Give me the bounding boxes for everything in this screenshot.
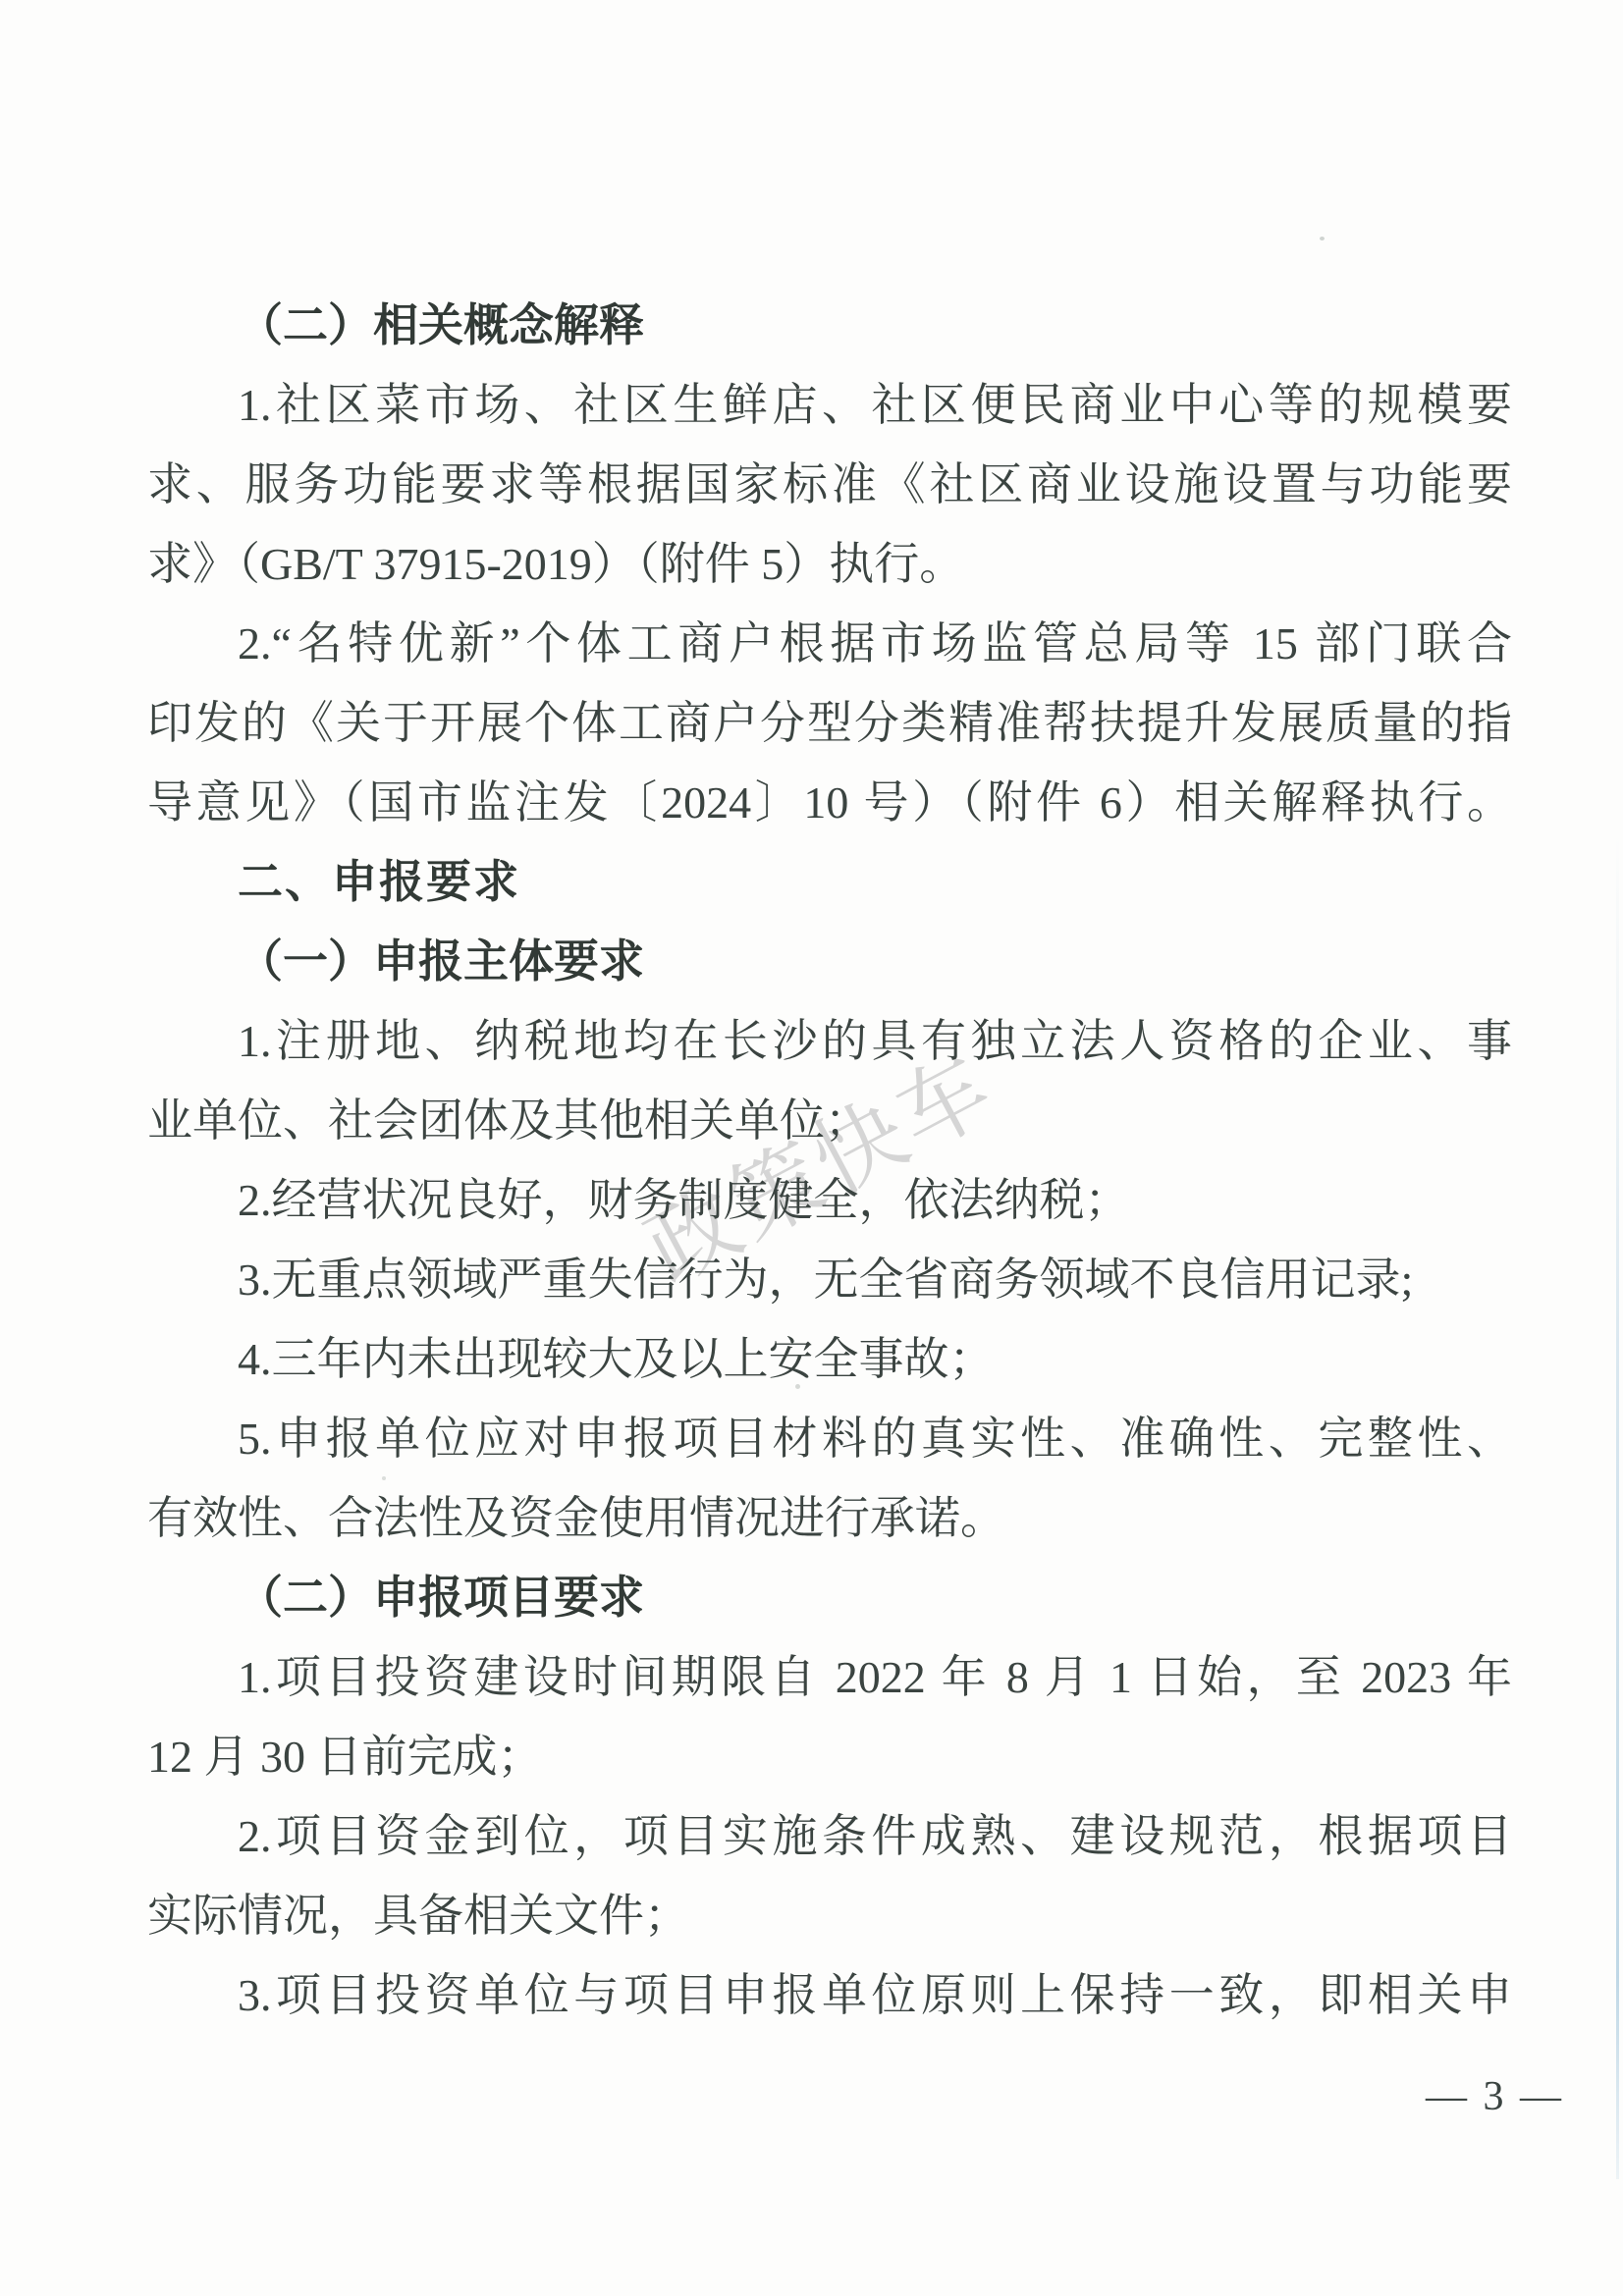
body-line: 实际情况，具备相关文件； — [147, 1876, 1512, 1955]
heading-related-concepts: （二）相关概念解释 — [147, 286, 1512, 365]
body-line: 12 月 30 日前完成； — [147, 1717, 1512, 1796]
body-line: 印发的《关于开展个体工商户分型分类精准帮扶提升发展质量的指 — [147, 683, 1512, 763]
body-line: 2.经营状况良好，财务制度健全，依法纳税； — [147, 1160, 1512, 1240]
scan-speck — [382, 1476, 386, 1480]
body-line: 求、服务功能要求等根据国家标准《社区商业设施设置与功能要 — [147, 445, 1512, 524]
heading-applicant-requirements: （一）申报主体要求 — [147, 922, 1512, 1001]
body-line: 1.注册地、纳税地均在长沙的具有独立法人资格的企业、事 — [147, 1001, 1512, 1081]
scanned-document-page: 政策快车 （二）相关概念解释 1.社区菜市场、社区生鲜店、社区便民商业中心等的规… — [0, 0, 1623, 2296]
body-line: 有效性、合法性及资金使用情况进行承诺。 — [147, 1478, 1512, 1558]
scan-edge-artifact — [1616, 834, 1619, 2179]
body-line: 1.项目投资建设时间期限自 2022 年 8 月 1 日始，至 2023 年 — [147, 1637, 1512, 1717]
body-line: 业单位、社会团体及其他相关单位； — [147, 1081, 1512, 1160]
body-line: 1.社区菜市场、社区生鲜店、社区便民商业中心等的规模要 — [147, 365, 1512, 445]
body-line: 3.项目投资单位与项目申报单位原则上保持一致，即相关申 — [147, 1955, 1512, 2035]
body-line: 导意见》（国市监注发〔2024〕10 号）（附件 6）相关解释执行。 — [147, 763, 1512, 842]
body-line: 4.三年内未出现较大及以上安全事故； — [147, 1319, 1512, 1399]
body-line: 2.“名特优新”个体工商户根据市场监管总局等 15 部门联合 — [147, 604, 1512, 683]
page-number: — 3 — — [1426, 2073, 1564, 2120]
scan-speck — [795, 1384, 800, 1389]
body-line: 求》（GB/T 37915-2019）（附件 5）执行。 — [147, 524, 1512, 604]
document-body: （二）相关概念解释 1.社区菜市场、社区生鲜店、社区便民商业中心等的规模要 求、… — [147, 286, 1512, 2035]
body-line: 5.申报单位应对申报项目材料的真实性、准确性、完整性、 — [147, 1399, 1512, 1478]
body-line: 3.无重点领域严重失信行为，无全省商务领域不良信用记录; — [147, 1240, 1512, 1319]
heading-project-requirements: （二）申报项目要求 — [147, 1558, 1512, 1637]
body-line: 2.项目资金到位，项目实施条件成熟、建设规范，根据项目 — [147, 1796, 1512, 1876]
scan-speck — [1320, 237, 1325, 240]
heading-application-requirements: 二、申报要求 — [147, 842, 1512, 922]
